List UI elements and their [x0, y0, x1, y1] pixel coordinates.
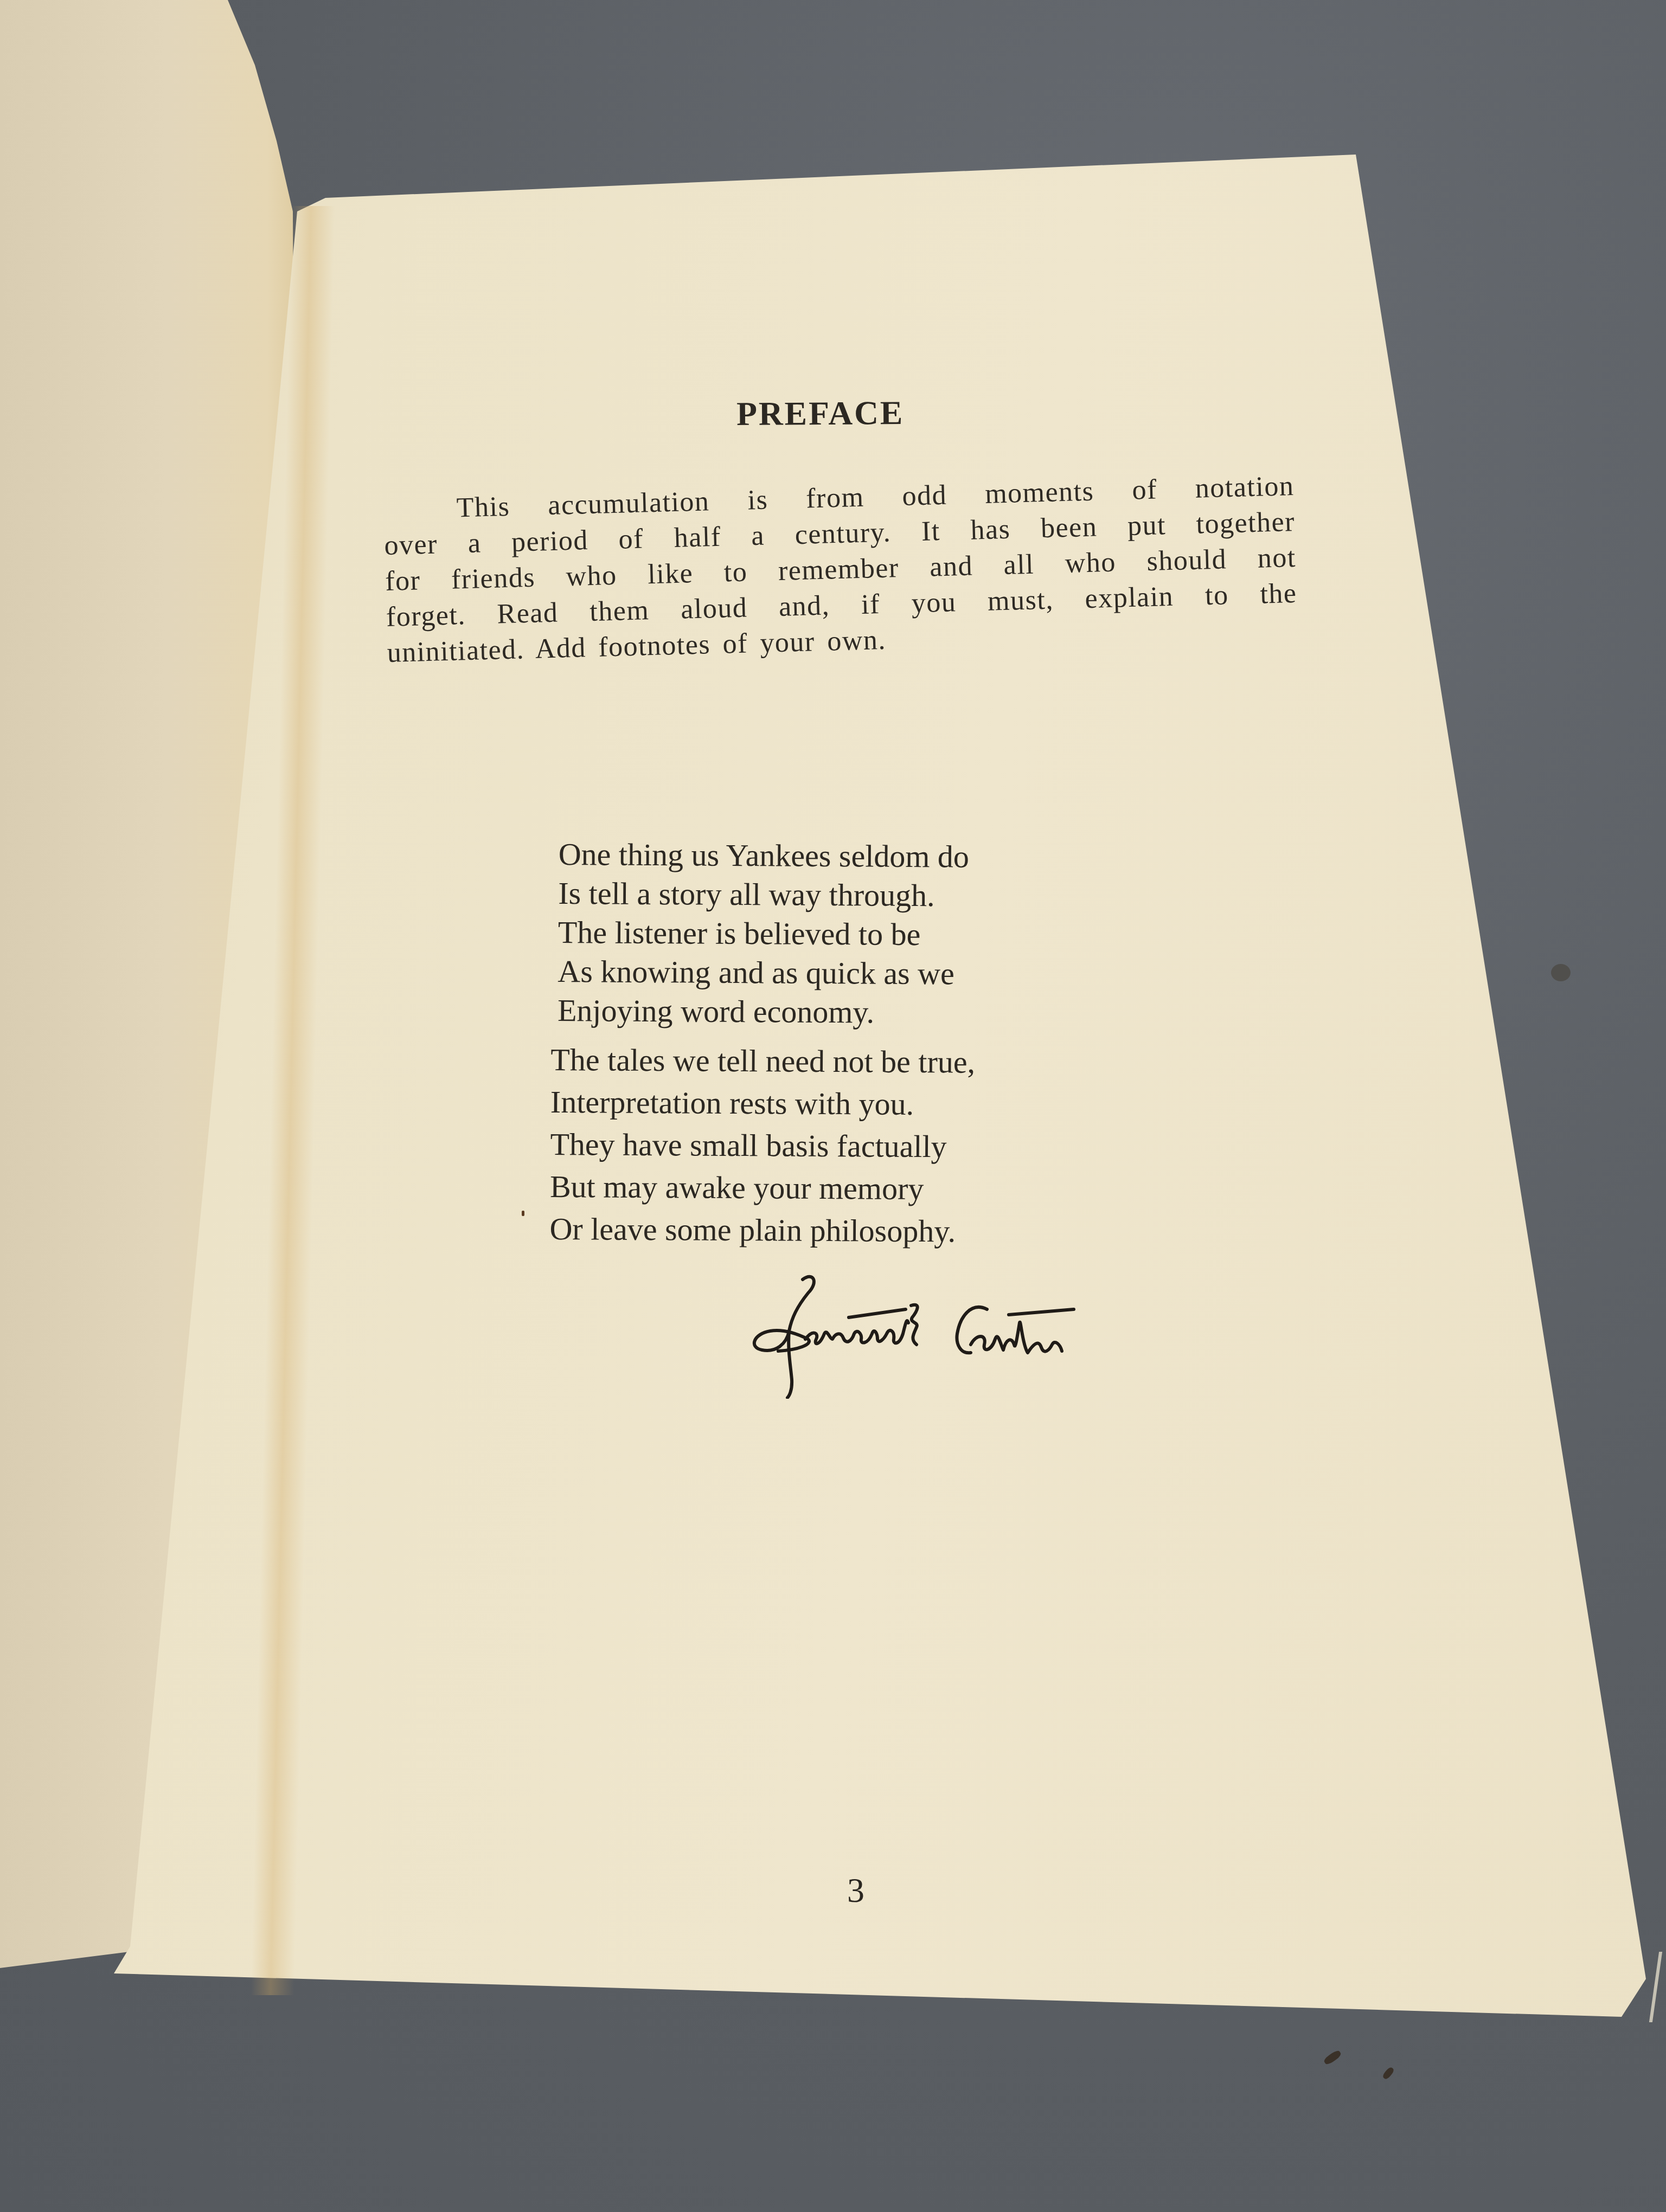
poem-stanza: The tales we tell need not be true, Inte… — [549, 1039, 975, 1253]
preface-paragraph: This accumulation is from odd moments of… — [383, 468, 1298, 671]
signature-icon — [738, 1258, 1356, 1399]
poem-line: The tales we tell need not be true, — [550, 1039, 975, 1084]
poem-stanza: One thing us Yankees seldom do Is tell a… — [558, 835, 977, 1033]
signature: Leverett E. Carter — [738, 1258, 1356, 1399]
poem-line: But may awake your memory — [550, 1166, 975, 1211]
poem-line: Or leave some plain philosophy. — [549, 1208, 974, 1253]
poem-line: Interpretation rests with you. — [550, 1081, 975, 1126]
page-number: 3 — [847, 1870, 864, 1911]
poem-line: One thing us Yankees seldom do — [559, 835, 977, 877]
poem-line: The listener is believed to be — [558, 913, 976, 955]
page-title: PREFACE — [736, 394, 905, 434]
poem-line: Is tell a story all way through. — [558, 874, 976, 916]
page-content: PREFACE This accumulation is from odd mo… — [0, 0, 1666, 2212]
poem-line: Enjoying word economy. — [558, 991, 976, 1033]
poem-line: As knowing and as quick as we — [558, 952, 976, 994]
poem: One thing us Yankees seldom do Is tell a… — [556, 835, 976, 1262]
poem-line: They have small basis factually — [550, 1123, 975, 1168]
ink-mark — [522, 1211, 524, 1216]
